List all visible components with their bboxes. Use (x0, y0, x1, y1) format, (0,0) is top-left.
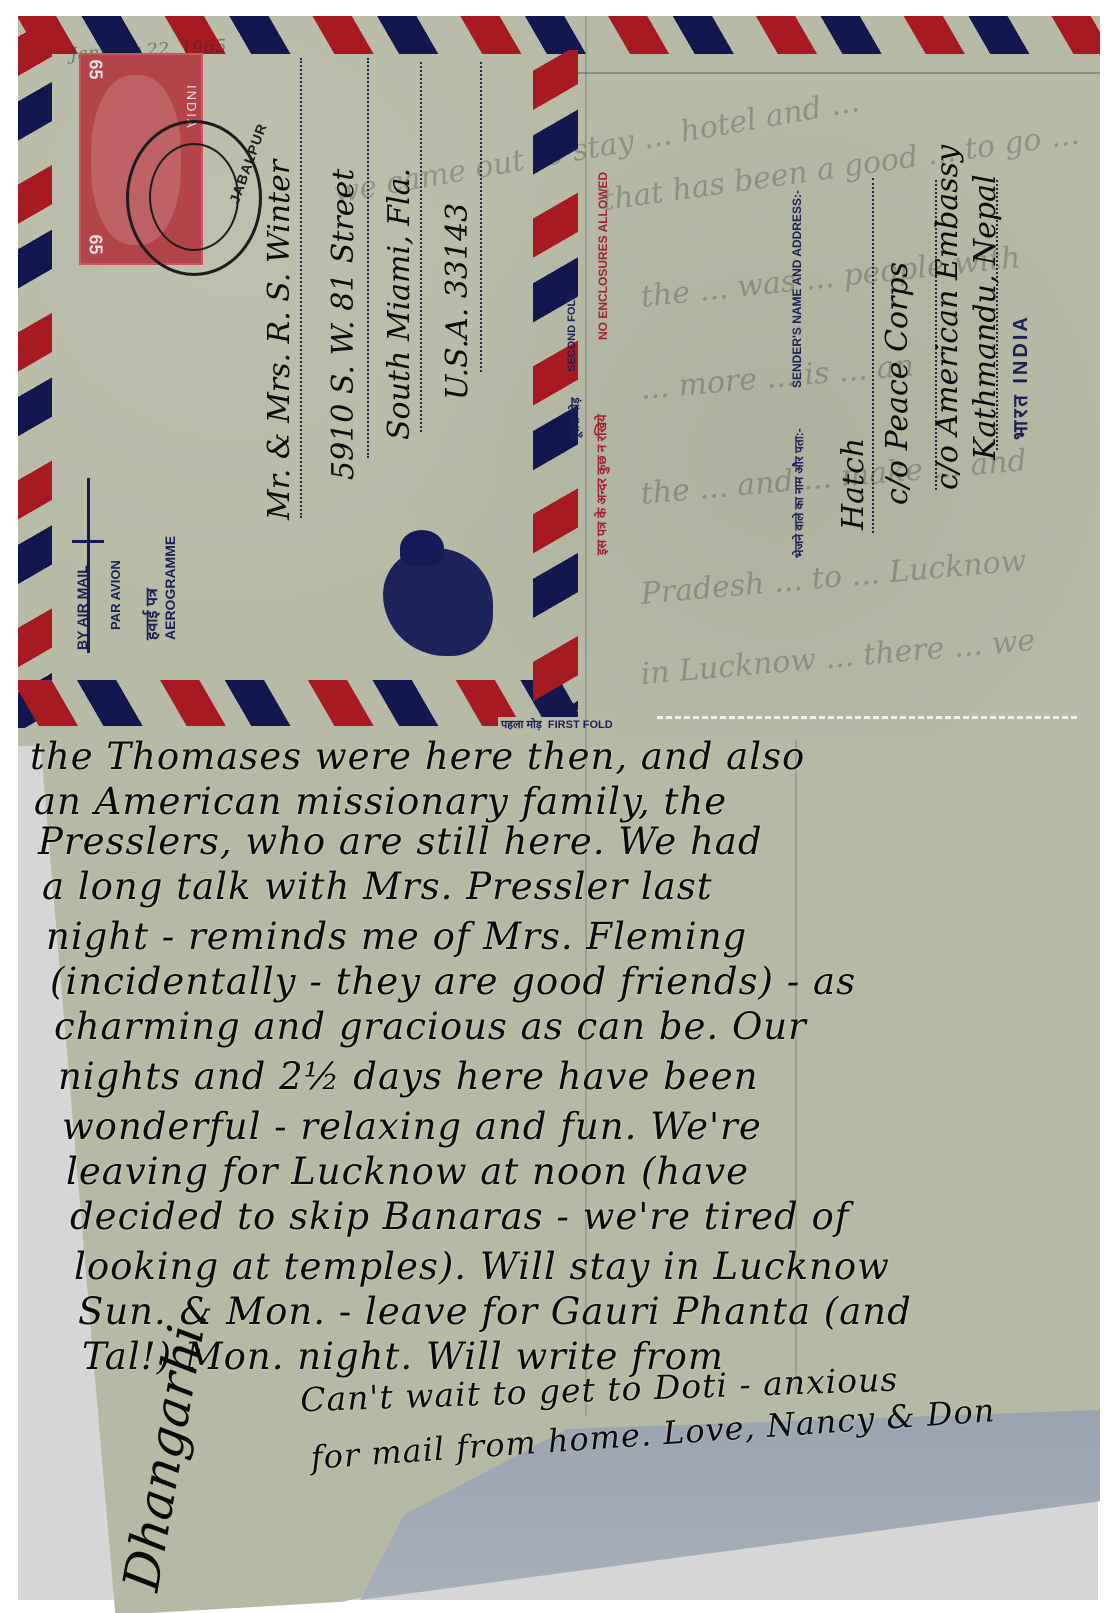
address-guide-line (480, 62, 482, 372)
sender-name: Hatch (836, 438, 871, 530)
letter-line: night - reminds me of Mrs. Fleming (46, 915, 747, 958)
airmail-border-left (18, 16, 52, 728)
letter-line: nights and 2½ days here have been (58, 1055, 759, 1098)
letter-line: the Thomases were here then, and also (30, 735, 805, 778)
sender-line-4: Kathmandu, Nepal (968, 174, 1003, 460)
by-air-mail-label: BY AIR MAIL (74, 565, 90, 650)
stamp-value-hindi: 65 (85, 234, 106, 254)
sender-label: SENDER'S NAME AND ADDRESS:- (790, 190, 804, 388)
sender-line-2: c/o Peace Corps (880, 262, 915, 505)
letter-line: charming and gracious as can be. Our (54, 1005, 807, 1048)
second-fold-hindi-label: दूसरा मोड़ (566, 397, 583, 440)
airmail-border-bottom (18, 680, 578, 726)
letter-line: decided to skip Banaras - we're tired of (70, 1195, 849, 1238)
bird-head-icon (400, 530, 444, 566)
recipient-country: U.S.A. 33143 (440, 203, 475, 400)
address-guide-line (367, 58, 369, 458)
postmark-inner-ring (149, 143, 239, 251)
airplane-wing-icon (72, 540, 104, 543)
address-guide-line (300, 58, 302, 518)
letter-line: a long talk with Mrs. Pressler last (42, 865, 713, 908)
aerogramme-hindi-label: हवाई पत्र (140, 588, 162, 640)
no-enclosures-label: NO ENCLOSURES ALLOWED (596, 172, 610, 340)
letter-line: looking at temples). Will stay in Luckno… (74, 1245, 890, 1288)
letter-line: wonderful - relaxing and fun. We're (62, 1105, 762, 1148)
first-fold-english: FIRST FOLD (548, 719, 613, 731)
no-enclosures-hindi-label: इस पत्र के अन्दर कुछ न रखिये (592, 414, 610, 555)
recipient-street: 5910 S. W. 81 Street (326, 169, 361, 480)
par-avion-label: PAR AVION (108, 560, 123, 630)
stamp-value: 65 (85, 59, 106, 79)
stamp-country: INDIA (184, 85, 199, 97)
flap-edge (578, 72, 1100, 74)
recipient-city: South Miami, Fla. (382, 168, 417, 440)
letter-line: an American missionary family, the (34, 780, 727, 823)
sender-label-hindi: भेजने वाले का नाम और पता:- (790, 428, 807, 558)
letter-line: (incidentally - they are good friends) -… (50, 960, 856, 1003)
recipient-name: Mr. & Mrs. R. S. Winter (262, 160, 297, 520)
sender-line-3: c/o American Embassy (930, 145, 965, 490)
sender-guide-line (872, 178, 874, 533)
address-guide-line (420, 62, 422, 432)
letter-line: Presslers, who are still here. We had (38, 820, 763, 863)
first-fold-label: पहला मोड़ FIRST FOLD (498, 717, 616, 732)
letter-line: leaving for Lucknow at noon (have (66, 1150, 749, 1193)
india-vertical-label: भारत INDIA (1006, 314, 1033, 440)
first-fold-dashed-line (657, 716, 1077, 719)
second-fold-label: SECOND FOLD (566, 292, 578, 372)
airmail-border-center (533, 50, 578, 710)
first-fold-hindi: पहला मोड़ (501, 719, 542, 731)
aerogramme-label: AEROGRAMME (162, 536, 178, 640)
